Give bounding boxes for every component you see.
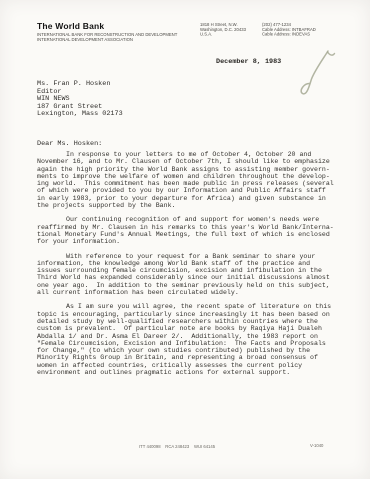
bank-name: The World Bank bbox=[37, 21, 104, 31]
paragraph-2: Our continuing recognition of and suppor… bbox=[37, 216, 337, 245]
paragraph-1: In response to your letters to me of Oct… bbox=[37, 151, 337, 209]
letter-date: December 8, 1983 bbox=[216, 58, 281, 66]
salutation: Dear Ms. Hosken: bbox=[37, 140, 102, 148]
letterhead-contact: (202) 477-1234 Cable Address: INTBAFRAD … bbox=[262, 22, 316, 37]
letterhead-address: 1818 H Street, N.W. Washington, D.C. 204… bbox=[200, 22, 246, 37]
organization-lines: INTERNATIONAL BANK FOR RECONSTRUCTION AN… bbox=[37, 32, 177, 42]
letter-body: In response to your letters to me of Oct… bbox=[37, 151, 337, 383]
footer-form-number: V-1040 bbox=[310, 443, 323, 448]
handwritten-initials-icon bbox=[296, 46, 340, 102]
scanned-letter-page: The World Bank INTERNATIONAL BANK FOR RE… bbox=[0, 0, 370, 479]
paragraph-4: As I am sure you will agree, the recent … bbox=[37, 303, 337, 376]
footer-telex-codes: ITT 440098 RCA 248423 WUI 64145 bbox=[139, 444, 215, 449]
recipient-address: Ms. Fran P. Hosken Editor WIN NEWS 187 G… bbox=[37, 81, 123, 119]
paragraph-3: With reference to your request for a Ban… bbox=[37, 253, 337, 297]
